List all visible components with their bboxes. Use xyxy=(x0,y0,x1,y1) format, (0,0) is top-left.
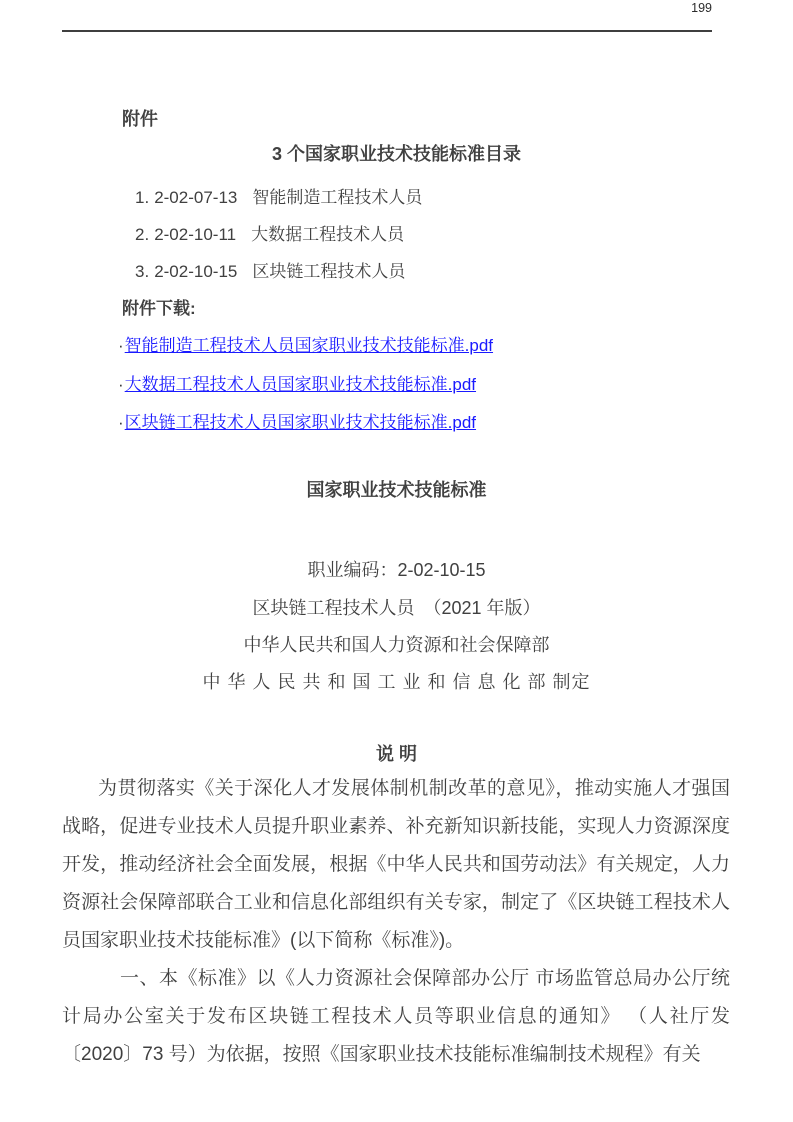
paragraph: 为贯彻落实《关于深化人才发展体制机制改革的意见》，推动实施人才强国战略，促进专业… xyxy=(62,770,730,960)
document-page: 199 附件 3 个国家职业技术技能标准目录 1.2-02-07-13智能制造工… xyxy=(0,0,793,1122)
bullet-icon: · xyxy=(118,375,124,394)
notes-body: 为贯彻落实《关于深化人才发展体制机制改革的意见》，推动实施人才强国战略，促进专业… xyxy=(62,770,730,1074)
list-item-index: 2. xyxy=(135,225,149,244)
occupation-name: 大数据工程技术人员 xyxy=(251,225,404,244)
occupation-edition-line: 区块链工程技术人员 （2021 年版） xyxy=(0,594,793,620)
standard-title: 国家职业技术技能标准 xyxy=(0,476,793,502)
notes-heading: 说 明 xyxy=(0,740,793,766)
issuer-line: 中华人民共和国人力资源和社会保障部 xyxy=(0,631,793,657)
header-rule xyxy=(62,30,712,32)
download-label: 附件下载: xyxy=(122,294,196,319)
pdf-download-link[interactable]: 区块链工程技术人员国家职业技术技能标准.pdf xyxy=(125,413,476,432)
occupation-code: 2-02-10-15 xyxy=(154,262,237,281)
link-row: ·大数据工程技术人员国家职业技术技能标准.pdf xyxy=(118,370,476,395)
occupation-code-line: 职业编码：2-02-10-15 xyxy=(0,556,793,582)
occupation-code: 2-02-10-11 xyxy=(154,225,236,244)
list-item: 3.2-02-10-15区块链工程技术人员 xyxy=(135,257,405,282)
list-item: 1.2-02-07-13智能制造工程技术人员 xyxy=(135,183,422,208)
issuer-line: 中 华 人 民 共 和 国 工 业 和 信 息 化 部 制定 xyxy=(0,668,793,694)
catalog-title: 3 个国家职业技术技能标准目录 xyxy=(0,140,793,166)
link-row: ·区块链工程技术人员国家职业技术技能标准.pdf xyxy=(118,408,476,433)
occupation-name: 智能制造工程技术人员 xyxy=(252,188,422,207)
list-item: 2.2-02-10-11大数据工程技术人员 xyxy=(135,220,404,245)
list-item-index: 1. xyxy=(135,188,149,207)
occupation-name: 区块链工程技术人员 xyxy=(252,262,405,281)
occupation-code: 2-02-07-13 xyxy=(154,188,237,207)
pdf-download-link[interactable]: 大数据工程技术人员国家职业技术技能标准.pdf xyxy=(125,375,476,394)
paragraph: 一、本《标准》以《人力资源社会保障部办公厅 市场监管总局办公厅统 计局办公室关于… xyxy=(62,960,730,1074)
link-row: ·智能制造工程技术人员国家职业技术技能标准.pdf xyxy=(118,331,493,356)
bullet-icon: · xyxy=(118,413,124,432)
attachment-label: 附件 xyxy=(122,105,158,131)
bullet-icon: · xyxy=(118,336,124,355)
pdf-download-link[interactable]: 智能制造工程技术人员国家职业技术技能标准.pdf xyxy=(125,336,493,355)
page-number: 199 xyxy=(691,1,712,15)
list-item-index: 3. xyxy=(135,262,149,281)
